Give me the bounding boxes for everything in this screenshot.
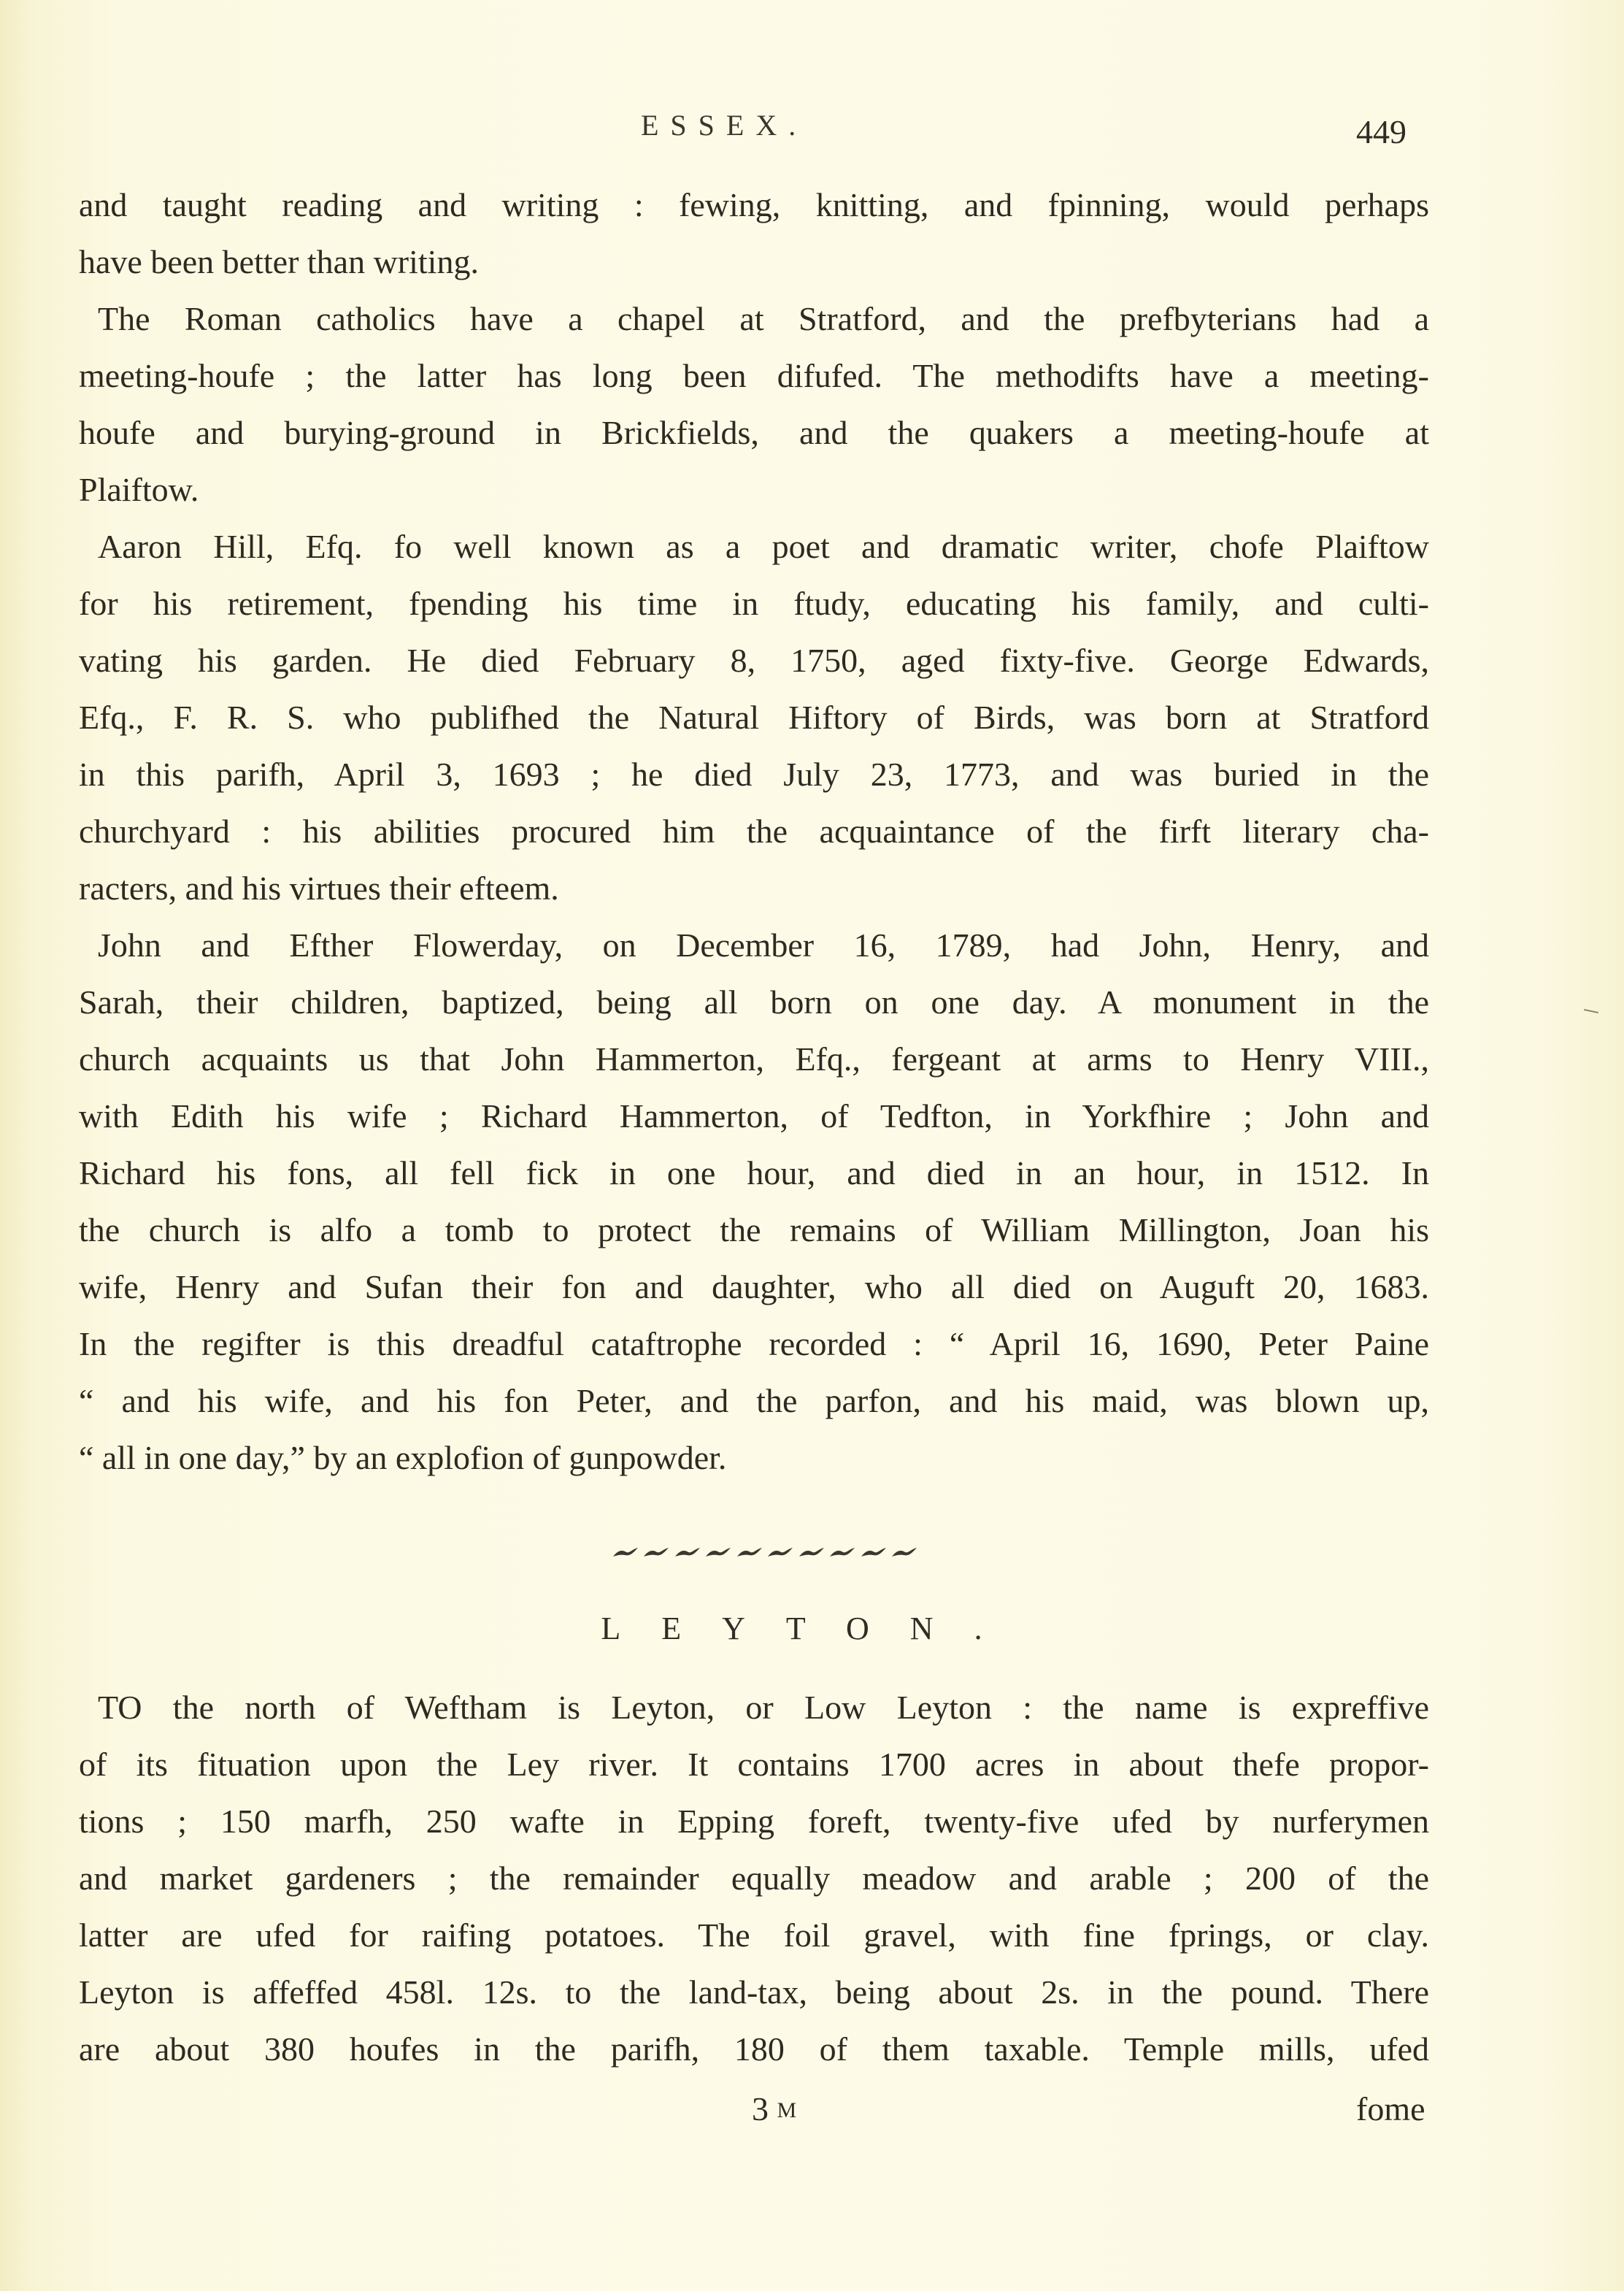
text-line: Plaiftow. (79, 461, 1429, 518)
text-line: Aaron Hill, Efq. fo well known as a poet… (79, 518, 1429, 575)
text-line: for his retirement, fpending his time in… (79, 575, 1429, 632)
wave-flourish-icon (890, 1543, 918, 1559)
text-line: Leyton is affeffed 458l. 12s. to the lan… (79, 1964, 1429, 2021)
text-line: churchyard : his abilities procured him … (79, 803, 1429, 860)
text-line: Richard his fons, all fell fick in one h… (79, 1145, 1429, 1202)
text-line: meeting-houfe ; the latter has long been… (79, 348, 1429, 404)
text-line: church acquaints us that John Hammerton,… (79, 1031, 1429, 1088)
text-line: racters, and his virtues their efteem. (79, 860, 1429, 917)
text-line: “ all in one day,” by an explofion of gu… (79, 1430, 1429, 1486)
text-line: Efq., F. R. S. who publifhed the Natural… (79, 689, 1429, 746)
text-line: with Edith his wife ; Richard Hammerton,… (79, 1088, 1429, 1145)
running-head: ESSEX. 449 (0, 102, 1624, 153)
page-number: 449 (1356, 112, 1406, 151)
wave-flourish-icon (828, 1543, 856, 1559)
text-line: TO the north of Weftham is Leyton, or Lo… (79, 1679, 1429, 1736)
paragraph-3: Aaron Hill, Efq. fo well known as a poet… (79, 518, 1429, 917)
book-page: ESSEX. 449 and taught reading and writin… (0, 0, 1624, 2291)
wave-flourish-icon (798, 1543, 826, 1559)
text-line: tions ; 150 marfh, 250 wafte in Epping f… (79, 1793, 1429, 1850)
text-line: in this parifh, April 3, 1693 ; he died … (79, 746, 1429, 803)
text-line: “ and his wife, and his fon Peter, and t… (79, 1373, 1429, 1430)
text-line: and market gardeners ; the remainder equ… (79, 1850, 1429, 1907)
catchword: fome (1356, 2089, 1425, 2128)
text-line: Sarah, their children, baptized, being a… (79, 974, 1429, 1031)
text-line: of its fituation upon the Ley river. It … (79, 1736, 1429, 1793)
text-line: are about 380 houfes in the parifh, 180 … (79, 2021, 1429, 2078)
wave-flourish-icon (704, 1543, 732, 1559)
wave-flourish-icon (642, 1543, 670, 1559)
wave-flourish-icon (766, 1543, 794, 1559)
paragraph-1: and taught reading and writing : fewing,… (79, 177, 1429, 291)
wave-flourish-icon (612, 1543, 639, 1559)
text-line: the church is alfo a tomb to protect the… (79, 1202, 1429, 1259)
section-paragraph-1: TO the north of Weftham is Leyton, or Lo… (79, 1679, 1429, 2078)
paragraph-2: The Roman catholics have a chapel at Str… (79, 291, 1429, 518)
signature-mark: 3 M (752, 2089, 798, 2128)
wave-flourish-icon (674, 1543, 701, 1559)
text-line: vating his garden. He died February 8, 1… (79, 632, 1429, 689)
text-line: The Roman catholics have a chapel at Str… (79, 291, 1429, 348)
wave-flourish-icon (860, 1543, 888, 1559)
text-line: latter are ufed for raifing potatoes. Th… (79, 1907, 1429, 1964)
wave-flourish-icon (736, 1543, 763, 1559)
text-line: houfe and burying-ground in Brickfields,… (79, 404, 1429, 461)
section-ornament (612, 1539, 918, 1564)
signature-letter: M (777, 2098, 798, 2122)
section-title: LEYTON. (0, 1610, 1624, 1647)
text-line: wife, Henry and Sufan their fon and daug… (79, 1259, 1429, 1316)
text-line: In the regifter is this dreadful cataftr… (79, 1316, 1429, 1373)
paragraph-4: John and Efther Flowerday, on December 1… (79, 917, 1429, 1486)
text-line: and taught reading and writing : fewing,… (79, 177, 1429, 234)
paper-blemish (1584, 1009, 1598, 1013)
text-line: John and Efther Flowerday, on December 1… (79, 917, 1429, 974)
text-line: have been better than writing. (79, 234, 1429, 291)
signature-number: 3 (752, 2090, 769, 2127)
running-head-title: ESSEX. (641, 108, 807, 142)
